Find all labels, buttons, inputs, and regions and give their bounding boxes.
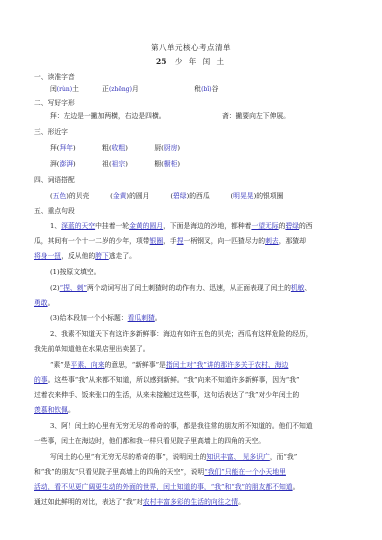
analysis-3-line-2: 和“我”的朋友“只看见院子里高墙上的四角的天空”，说明“我们”只能在一个小天地里: [34, 467, 286, 477]
section-heading-collocations: 四、词语搭配: [34, 175, 75, 185]
glyph-note-2: 斋：撇要向左下伸展。: [222, 111, 290, 121]
pronunciation-item: 正(zhēng)月: [102, 84, 192, 95]
question-1: (1)按原文填空。: [50, 267, 100, 277]
similar-chars-row-1: 拜(拜年) 粗(收粗) 厨(厨房): [50, 143, 180, 153]
passage-2-line-1: 2、我素不知道天下有这许多新鲜事：海边有如许五色的贝壳；西瓜有这样危险的经历，: [50, 329, 313, 339]
analysis-2-line-2: 的事。这些事“我”从来都不知道，所以感到新鲜。“我”向来不知道许多新鲜事，因为“…: [34, 375, 300, 385]
pronunciation-item: 闰(rùn)土: [50, 84, 100, 95]
passage-1-line-1: 1、深蓝的天空中挂着一轮金黄的圆月，下面是海边的沙地，都种着一望无际的碧绿的西: [50, 221, 313, 231]
passage-2-line-2: 我先前单知道他在水果店里出卖罢了。: [34, 344, 150, 354]
analysis-3-line-4: 通过如此鲜明的对比，表达了“我”对农村丰富多彩的生活的向往之情。: [34, 497, 245, 507]
lesson-title: 25 少 年 闰 土: [0, 56, 382, 67]
question-2: (2)“捏、刺”两个动词写出了闰土刺猹时的动作有力、迅速，从正面表现了闰土的机敏…: [50, 283, 311, 293]
analysis-3-line-3: 活动，看不见更广阔更生动的外面的世界，闰土知道的事，“我”和“我”的朋友都不知道…: [34, 482, 299, 492]
passage-3-line-1: 3、阿！闰土的心里有无穷无尽的希奇的事，都是我往常的朋友所不知道的。他们不知道: [50, 421, 313, 431]
analysis-3-line-1: 写闰土的心里“有无穷无尽的希奇的事”，说明闰土的知识丰富、 见多识广，而“我”: [50, 452, 297, 462]
similar-chars-row-2: 湃(澎湃) 祖(祖宗) 橱(橱柜): [50, 159, 180, 169]
question-2-cont: 勇敢。: [34, 298, 54, 308]
lesson-name: 少 年 闰 土: [175, 57, 226, 66]
collocation-row: (五色)的贝壳 (金黄)的圆月 (碧绿)的西瓜 (明晃晃)的银项圈: [50, 191, 283, 201]
passage-1-line-2: 瓜，其间有一个十一二岁的少年，项带银圈，手捏一柄钢叉，向一匹猹尽力的刺去，那猹却: [34, 236, 306, 246]
section-heading-pronunciation: 一、读准字音: [34, 72, 75, 82]
page-title: 第八单元核心考点清单: [0, 42, 382, 53]
analysis-2-line-4: 羡慕和钦佩。: [34, 405, 75, 415]
glyph-note-1: 拜：左边是一撇加两横，右边是四横。: [50, 111, 166, 121]
section-heading-similar-chars: 三、形近字: [34, 127, 68, 137]
pronunciation-row: 闰(rùn)土 正(zhēng)月 秕(bǐ)谷: [50, 84, 218, 95]
passage-3-line-2: 一些事，闰土在海边时，他们都和我一样只看见院子里高墙上的四角的天空。: [34, 436, 265, 446]
passage-1-line-3: 将身一扭，反从他的胯下逃走了。: [34, 251, 136, 261]
analysis-2-line-1: “素”是平素、向来的意思，“新鲜事”是指闰土对“我”讲的那许多关于农村、海边: [50, 360, 288, 370]
analysis-2-line-3: 过着衣来伸手、饭来张口的生活，从来未接触过这些事，这句话表达了“我”对少年闰土的: [34, 390, 299, 400]
section-heading-key-passages: 五、重点句段: [34, 206, 75, 216]
section-heading-glyphs: 二、写好字形: [34, 98, 75, 108]
pronunciation-item: 秕(bǐ)谷: [194, 84, 218, 95]
question-3: (3)给本段加一个小标题：看瓜刺猹。: [50, 313, 162, 323]
lesson-number: 25: [156, 57, 166, 66]
document-page: 第八单元核心考点清单 25 少 年 闰 土 一、读准字音 闰(rùn)土 正(z…: [0, 0, 382, 540]
